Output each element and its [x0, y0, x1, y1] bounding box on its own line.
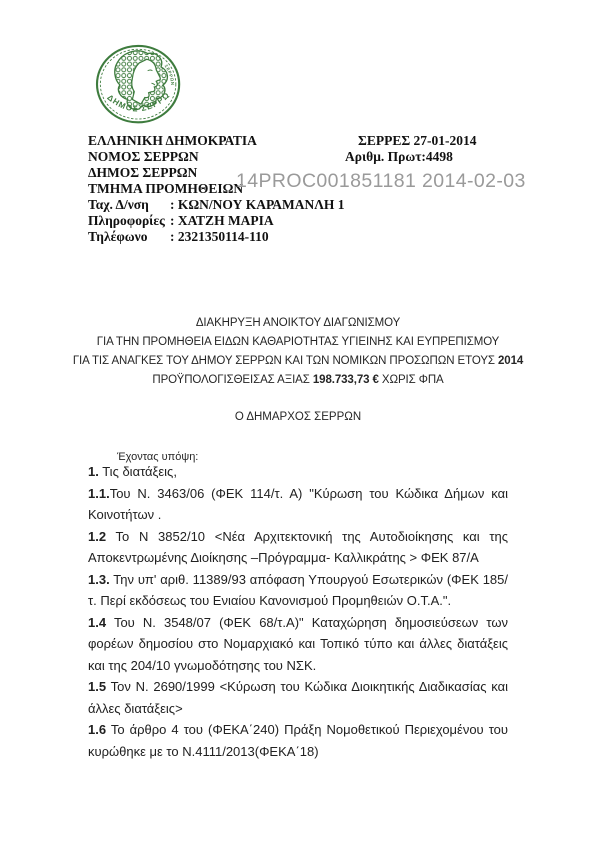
prefecture-line: ΝΟΜΟΣ ΣΕΡΡΩΝ	[88, 149, 348, 165]
legal-items: 1. Τις διατάξεις, 1.1.Του Ν. 3463/06 (ΦΕ…	[88, 461, 508, 762]
address-label: Ταχ. Δ/νση	[88, 197, 170, 213]
item-number: 1.5	[88, 679, 106, 694]
republic-line: ΕΛΛΗΝΙΚΗ ΔΗΜΟΚΡΑΤΙΑ	[88, 133, 348, 149]
info-label: Πληροφορίες	[88, 213, 170, 229]
city-date: ΣΕΡΡΕΣ 27-01-2014	[345, 133, 520, 149]
title-line-3: ΓΙΑ ΤΙΣ ΑΝΑΓΚΕΣ ΤΟΥ ΔΗΜΟΥ ΣΕΡΡΩΝ ΚΑΙ ΤΩΝ…	[70, 352, 526, 371]
title-line-3-text: ΓΙΑ ΤΙΣ ΑΝΑΓΚΕΣ ΤΟΥ ΔΗΜΟΥ ΣΕΡΡΩΝ ΚΑΙ ΤΩΝ…	[73, 355, 498, 367]
info-value: : ΧΑΤΖΗ ΜΑΡΙΑ	[170, 213, 274, 229]
municipality-seal-logo: ΔΗΜΟΣ ΣΕΡΡΩΝ ΣΕΡΡΩΝ	[92, 44, 188, 130]
legal-item: 1.1.Του Ν. 3463/06 (ΦΕΚ 114/τ. Α) "Κύρωσ…	[88, 483, 508, 526]
info-row: Πληροφορίες : ΧΑΤΖΗ ΜΑΡΙΑ	[88, 213, 348, 229]
legal-item: 1.3. Την υπ' αριθ. 11389/93 απόφαση Υπου…	[88, 569, 508, 612]
item-number: 1.1.	[88, 486, 110, 501]
mayor-line: Ο ΔΗΜΑΡΧΟΣ ΣΕΡΡΩΝ	[70, 411, 526, 423]
title-line-3-year: 2014	[498, 355, 523, 367]
header-right-block: ΣΕΡΡΕΣ 27-01-2014 Αριθμ. Πρωτ:4498	[345, 133, 520, 165]
legal-item: 1.5 Τον Ν. 2690/1999 <Κύρωση του Κώδικα …	[88, 676, 508, 719]
budget-amount: 198.733,73 €	[313, 374, 379, 386]
item-text: Το άρθρο 4 του (ΦΕΚΑ΄240) Πράξη Νομοθετι…	[88, 722, 508, 759]
seal-icon: ΔΗΜΟΣ ΣΕΡΡΩΝ ΣΕΡΡΩΝ	[92, 44, 188, 130]
phone-label: Τηλέφωνο	[88, 229, 170, 245]
phone-row: Τηλέφωνο : 2321350114-110	[88, 229, 348, 245]
document-page: ΔΗΜΟΣ ΣΕΡΡΩΝ ΣΕΡΡΩΝ ΕΛΛΗΝΙΚΗ ΔΗΜΟΚΡΑΤΙΑ …	[0, 0, 595, 842]
title-block: ΔΙΑΚΗΡΥΞΗ ΑΝΟΙΚΤΟΥ ΔΙΑΓΩΝΙΣΜΟΥ ΓΙΑ ΤΗΝ Π…	[70, 314, 526, 390]
item-text: Του Ν. 3548/07 (ΦΕΚ 68/τ.Α)" Καταχώρηση …	[88, 615, 508, 673]
item-text: Τις διατάξεις,	[99, 464, 177, 479]
address-row: Ταχ. Δ/νση : ΚΩΝ/ΝΟΥ ΚΑΡΑΜΑΝΛΗ 1	[88, 197, 348, 213]
address-value: : ΚΩΝ/ΝΟΥ ΚΑΡΑΜΑΝΛΗ 1	[170, 197, 345, 213]
title-line-2: ΓΙΑ ΤΗΝ ΠΡΟΜΗΘΕΙΑ ΕΙΔΩΝ ΚΑΘΑΡΙΟΤΗΤΑΣ ΥΓΙ…	[70, 333, 526, 352]
legal-item: 1. Τις διατάξεις,	[88, 461, 508, 483]
title-line-4: ΠΡΟΫΠΟΛΟΓΙΣΘΕΙΣΑΣ ΑΞΙΑΣ 198.733,73 € ΧΩΡ…	[70, 371, 526, 390]
item-text: Του Ν. 3463/06 (ΦΕΚ 114/τ. Α) "Κύρωση το…	[88, 486, 508, 523]
vat-note: ΧΩΡΙΣ ΦΠΑ	[379, 374, 444, 386]
item-number: 1.2	[88, 529, 106, 544]
item-text: Την υπ' αριθ. 11389/93 απόφαση Υπουργού …	[88, 572, 508, 609]
item-text: Το Ν 3852/10 <Νέα Αρχιτεκτονική της Αυτο…	[88, 529, 508, 566]
item-number: 1.4	[88, 615, 106, 630]
budget-label: ΠΡΟΫΠΟΛΟΓΙΣΘΕΙΣΑΣ ΑΞΙΑΣ	[152, 374, 312, 386]
legal-item: 1.6 Το άρθρο 4 του (ΦΕΚΑ΄240) Πράξη Νομο…	[88, 719, 508, 762]
item-number: 1.3.	[88, 572, 110, 587]
item-number: 1.	[88, 464, 99, 479]
item-text: Τον Ν. 2690/1999 <Κύρωση του Κώδικα Διοι…	[88, 679, 508, 716]
legal-item: 1.2 Το Ν 3852/10 <Νέα Αρχιτεκτονική της …	[88, 526, 508, 569]
phone-value: : 2321350114-110	[170, 229, 269, 245]
proc-registry-watermark: 14PROC001851181 2014-02-03	[236, 170, 526, 193]
item-number: 1.6	[88, 722, 106, 737]
title-line-1: ΔΙΑΚΗΡΥΞΗ ΑΝΟΙΚΤΟΥ ΔΙΑΓΩΝΙΣΜΟΥ	[70, 314, 526, 333]
legal-item: 1.4 Του Ν. 3548/07 (ΦΕΚ 68/τ.Α)" Καταχώρ…	[88, 612, 508, 677]
protocol-number: Αριθμ. Πρωτ:4498	[345, 149, 520, 165]
